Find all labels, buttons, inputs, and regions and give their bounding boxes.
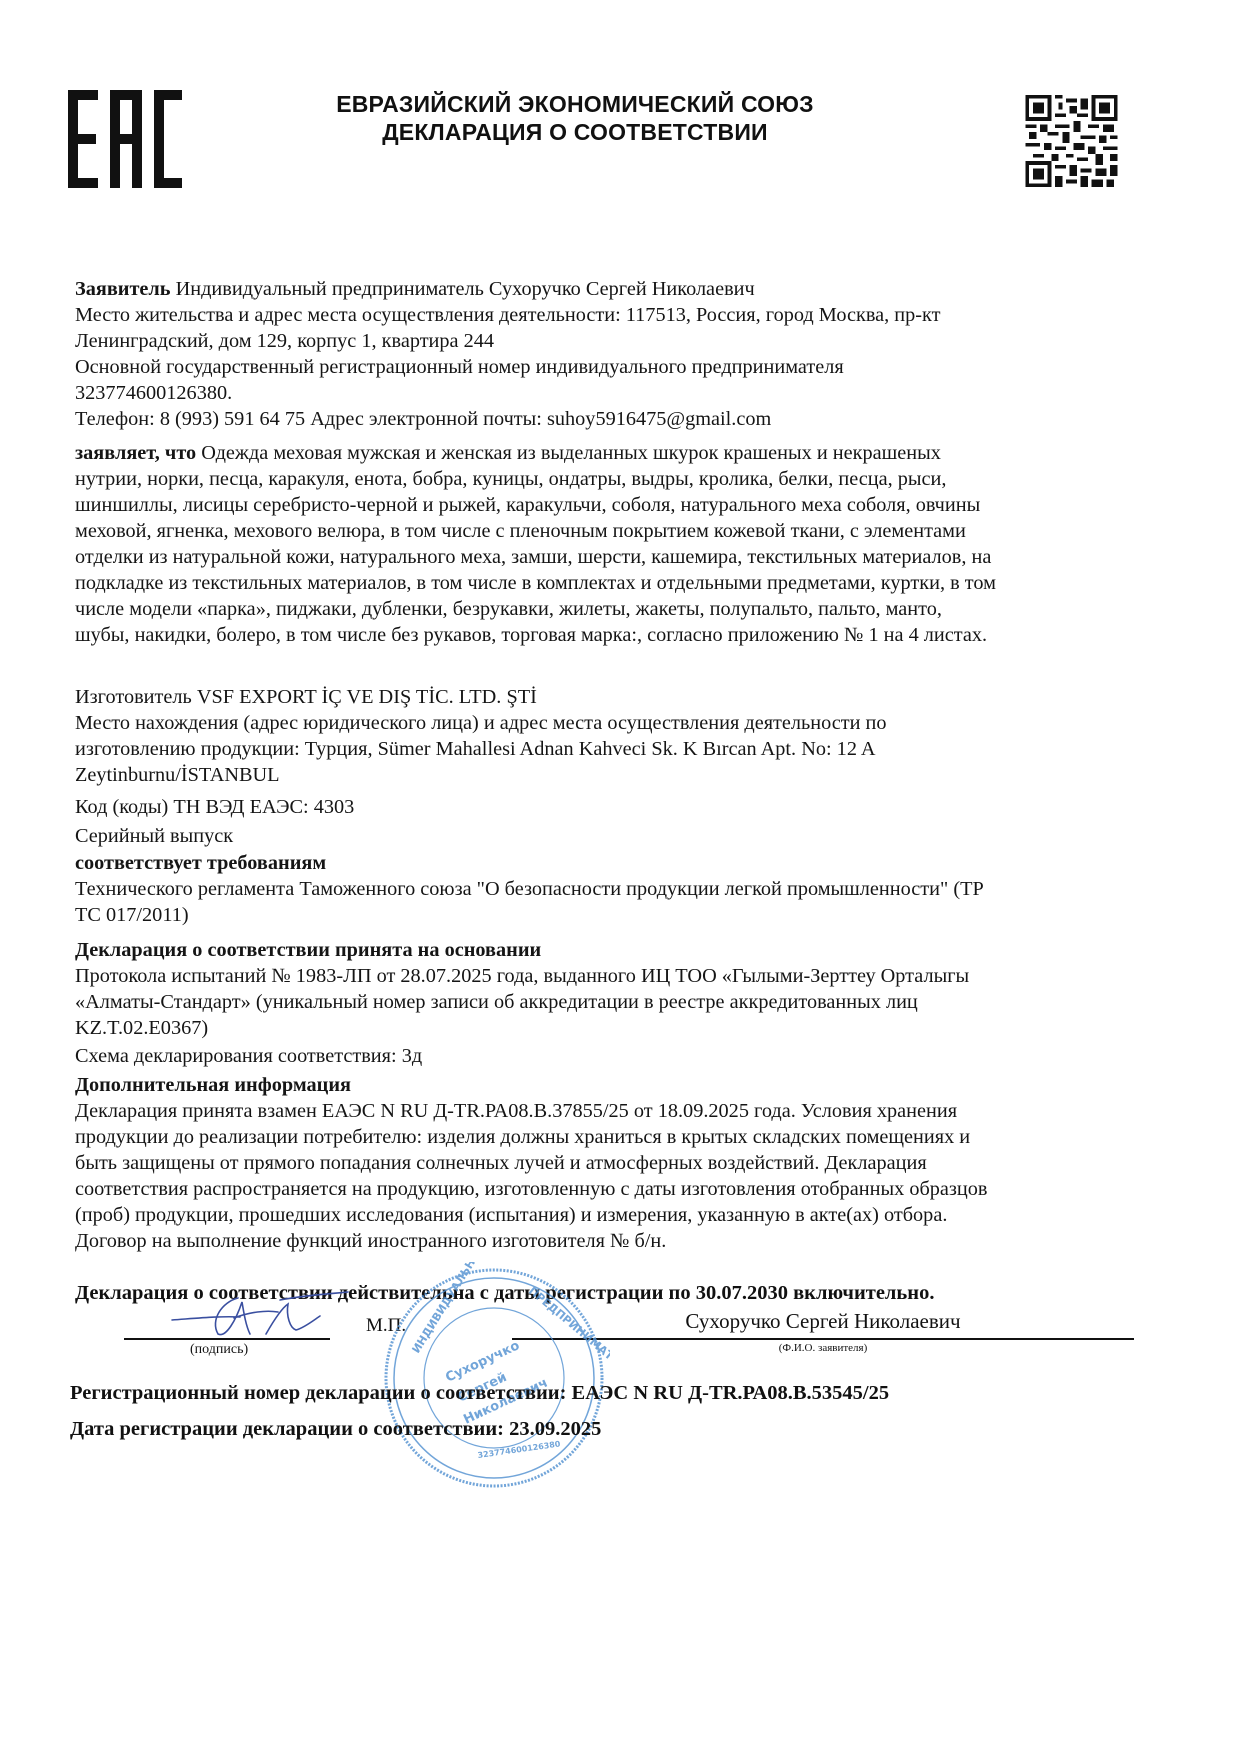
product-description-section: заявляет, что Одежда меховая мужская и ж…: [75, 440, 1140, 648]
applicant-ogrnip-label: Основной государственный регистрационный…: [75, 354, 1140, 380]
applicant-label: Заявитель: [75, 278, 171, 300]
additional-line: быть защищены от прямого попадания солне…: [75, 1150, 1140, 1176]
basis-line: «Алматы-Стандарт» (уникальный номер запи…: [75, 989, 1140, 1015]
qr-code-icon: [1025, 95, 1118, 187]
document-title: ЕВРАЗИЙСКИЙ ЭКОНОМИЧЕСКИЙ СОЮЗ ДЕКЛАРАЦИ…: [250, 90, 900, 146]
round-seal-icon: ИНДИВИДУАЛЬНЫЙ ПРЕДПРИНИМАТЕЛЬ Сухоручко…: [378, 1262, 610, 1494]
compliance-label: соответствует требованиям: [75, 850, 1140, 876]
manufacturer-address-2: изготовлению продукции: Турция, Sümer Ma…: [75, 736, 1140, 762]
eac-mark-icon: [68, 90, 182, 188]
declaration-scheme: Схема декларирования соответствия: 3д: [75, 1043, 1140, 1069]
applicant-line: Заявитель Индивидуальный предприниматель…: [75, 276, 1140, 302]
applicant-address-2: Ленинградский, дом 129, корпус 1, кварти…: [75, 328, 1140, 354]
applicant-ogrnip-value: 323774600126380.: [75, 380, 1140, 406]
applicant-address-1: Место жительства и адрес места осуществл…: [75, 302, 1140, 328]
basis-line: Протокола испытаний № 1983-ЛП от 28.07.2…: [75, 963, 1140, 989]
applicant-name: Индивидуальный предприниматель Сухоручко…: [171, 278, 755, 300]
svg-text:323774600126380: 323774600126380: [477, 1439, 561, 1460]
product-line: числе модели «парка», пиджаки, дубленки,…: [75, 596, 1140, 622]
additional-label: Дополнительная информация: [75, 1072, 1140, 1098]
title-union: ЕВРАЗИЙСКИЙ ЭКОНОМИЧЕСКИЙ СОЮЗ: [250, 90, 900, 118]
product-line: заявляет, что Одежда меховая мужская и ж…: [75, 440, 1140, 466]
product-line: шиншиллы, лисицы серебристо-черной и рыж…: [75, 492, 1140, 518]
additional-line: соответствия распространяется на продукц…: [75, 1176, 1140, 1202]
basis-section: Декларация о соответствии принята на осн…: [75, 937, 1140, 1041]
registration-date: Дата регистрации декларации о соответств…: [70, 1416, 601, 1442]
basis-label: Декларация о соответствии принята на осн…: [75, 937, 1140, 963]
handwritten-signature-icon: [170, 1290, 350, 1340]
signature-caption: (подпись): [190, 1342, 248, 1358]
production-type: Серийный выпуск: [75, 823, 1140, 849]
product-line: нутрии, норки, песца, каракуля, енота, б…: [75, 466, 1140, 492]
manufacturer-address-1: Место нахождения (адрес юридического лиц…: [75, 710, 1140, 736]
applicant-section: Заявитель Индивидуальный предприниматель…: [75, 276, 1140, 432]
manufacturer-name: Изготовитель VSF EXPORT İÇ VE DIŞ TİC. L…: [75, 684, 1140, 710]
compliance-regulation-2: ТС 017/2011): [75, 902, 1140, 928]
compliance-regulation-1: Технического регламента Таможенного союз…: [75, 876, 1140, 902]
compliance-section: соответствует требованиям Технического р…: [75, 850, 1140, 928]
applicant-contacts: Телефон: 8 (993) 591 64 75 Адрес электро…: [75, 406, 1140, 432]
hs-code: Код (коды) ТН ВЭД ЕАЭС: 4303: [75, 794, 1140, 820]
basis-line: KZ.T.02.E0367): [75, 1015, 1140, 1041]
product-line: шубы, накидки, болеро, в том числе без р…: [75, 622, 1140, 648]
registration-number: Регистрационный номер декларации о соотв…: [70, 1380, 889, 1406]
product-line: подкладке из текстильных материалов, в т…: [75, 570, 1140, 596]
additional-info-section: Дополнительная информация Декларация при…: [75, 1072, 1140, 1254]
declares-label: заявляет, что: [75, 442, 196, 464]
additional-line: (проб) продукции, прошедших исследования…: [75, 1202, 1140, 1228]
additional-line: Договор на выполнение функций иностранно…: [75, 1228, 1140, 1254]
additional-line: продукции до реализации потребителю: изд…: [75, 1124, 1140, 1150]
manufacturer-address-3: Zeytinburnu/İSTANBUL: [75, 762, 1140, 788]
manufacturer-section: Изготовитель VSF EXPORT İÇ VE DIŞ TİC. L…: [75, 684, 1140, 788]
product-line: меховой, ягненка, мехового велюра, в том…: [75, 518, 1140, 544]
title-declaration: ДЕКЛАРАЦИЯ О СООТВЕТСТВИИ: [250, 118, 900, 146]
product-line: отделки из натуральной кожи, натуральног…: [75, 544, 1140, 570]
additional-line: Декларация принята взамен ЕАЭС N RU Д-TR…: [75, 1098, 1140, 1124]
